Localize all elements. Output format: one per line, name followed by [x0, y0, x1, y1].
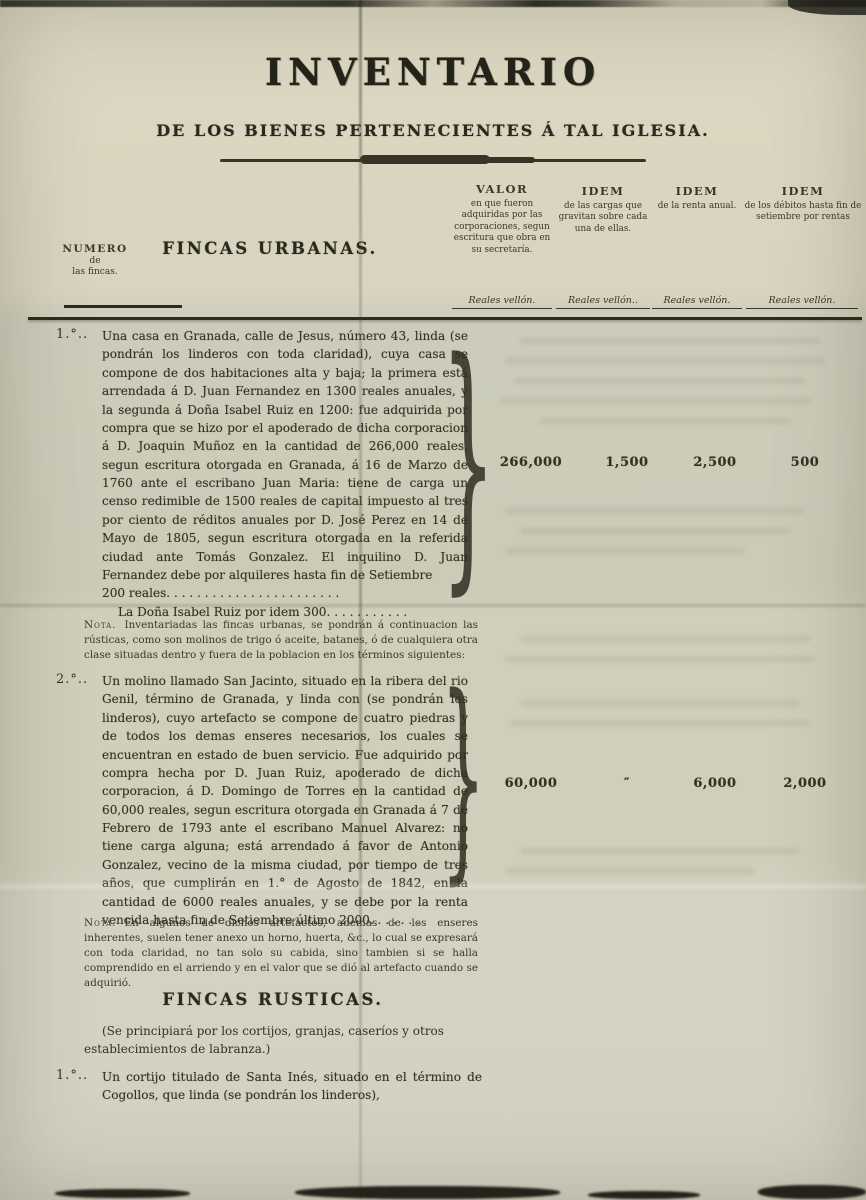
photo-edge-top [0, 0, 866, 7]
item-2-renta-value: 6,000 [672, 776, 758, 791]
column-header-valor: VALOR en que fueron adquiridas por las c… [450, 182, 554, 256]
unit-label-cargas: Reales vellón.. [556, 295, 650, 309]
item-1-leader-line-1: 200 reales. . . . . . . . . . . . . . . … [102, 584, 468, 602]
unit-label-debitos: Reales vellón. [746, 295, 858, 309]
photo-edge-bottom-3 [588, 1191, 700, 1199]
rusticas-intro-note: (Se principiará por los cortijos, granja… [84, 1022, 476, 1058]
photo-edge-top-right [788, 0, 866, 15]
scanned-document-page: INVENTARIO DE LOS BIENES PERTENECIENTES … [0, 0, 866, 1200]
item-2-number: 2.°.. [56, 672, 102, 687]
nota-artefactos: Nota.En algunos de dichos artefactos, ad… [84, 916, 478, 991]
number-column-rule [64, 305, 182, 308]
photo-edge-bottom-4 [758, 1185, 866, 1199]
item-2-valor-value: 60,000 [486, 776, 576, 791]
column-header-renta: IDEM de la renta anual. [650, 184, 744, 212]
horizontal-fold-crease-1 [0, 604, 866, 607]
nota-urbanas: Nota.Inventariadas las fincas urbanas, s… [84, 618, 478, 663]
rusticas-item-1-text: Un cortijo titulado de Santa Inés, situa… [102, 1068, 482, 1105]
ornament-divider [220, 153, 646, 167]
section-heading-fincas-urbanas: FINCAS URBANAS. [148, 239, 392, 258]
column-header-cargas: IDEM de las cargas que gravitan sobre ca… [556, 184, 650, 235]
item-1-renta-value: 2,500 [672, 455, 758, 470]
photo-edge-bottom-2 [295, 1186, 560, 1199]
section-heading-fincas-rusticas: FINCAS RUSTICAS. [128, 990, 418, 1009]
item-2-cargas-value: ″ [584, 776, 670, 791]
item-1-debitos-value: 500 [760, 455, 850, 470]
rusticas-item-1-number: 1.°.. [56, 1068, 102, 1083]
column-header-debitos: IDEM de los débitos hasta fin de setiemb… [744, 184, 862, 224]
vertical-fold-crease [359, 0, 362, 1200]
item-1-valor-value: 266,000 [486, 455, 576, 470]
item-1-cargas-value: 1,500 [584, 455, 670, 470]
horizontal-fold-crease-2 [0, 884, 866, 889]
page-title: INVENTARIO [0, 50, 866, 94]
number-column-header: NUMERO de las fincas. [34, 243, 156, 279]
item-1-number: 1.°.. [56, 327, 102, 342]
unit-label-renta: Reales vellón. [652, 295, 742, 309]
page-subtitle: DE LOS BIENES PERTENECIENTES Á TAL IGLES… [0, 121, 866, 140]
item-2-debitos-value: 2,000 [760, 776, 850, 791]
photo-edge-bottom-1 [55, 1189, 190, 1198]
item-2-text: Un molino llamado San Jacinto, situado e… [102, 672, 468, 929]
item-1-text: Una casa en Granada, calle de Jesus, núm… [102, 327, 468, 621]
